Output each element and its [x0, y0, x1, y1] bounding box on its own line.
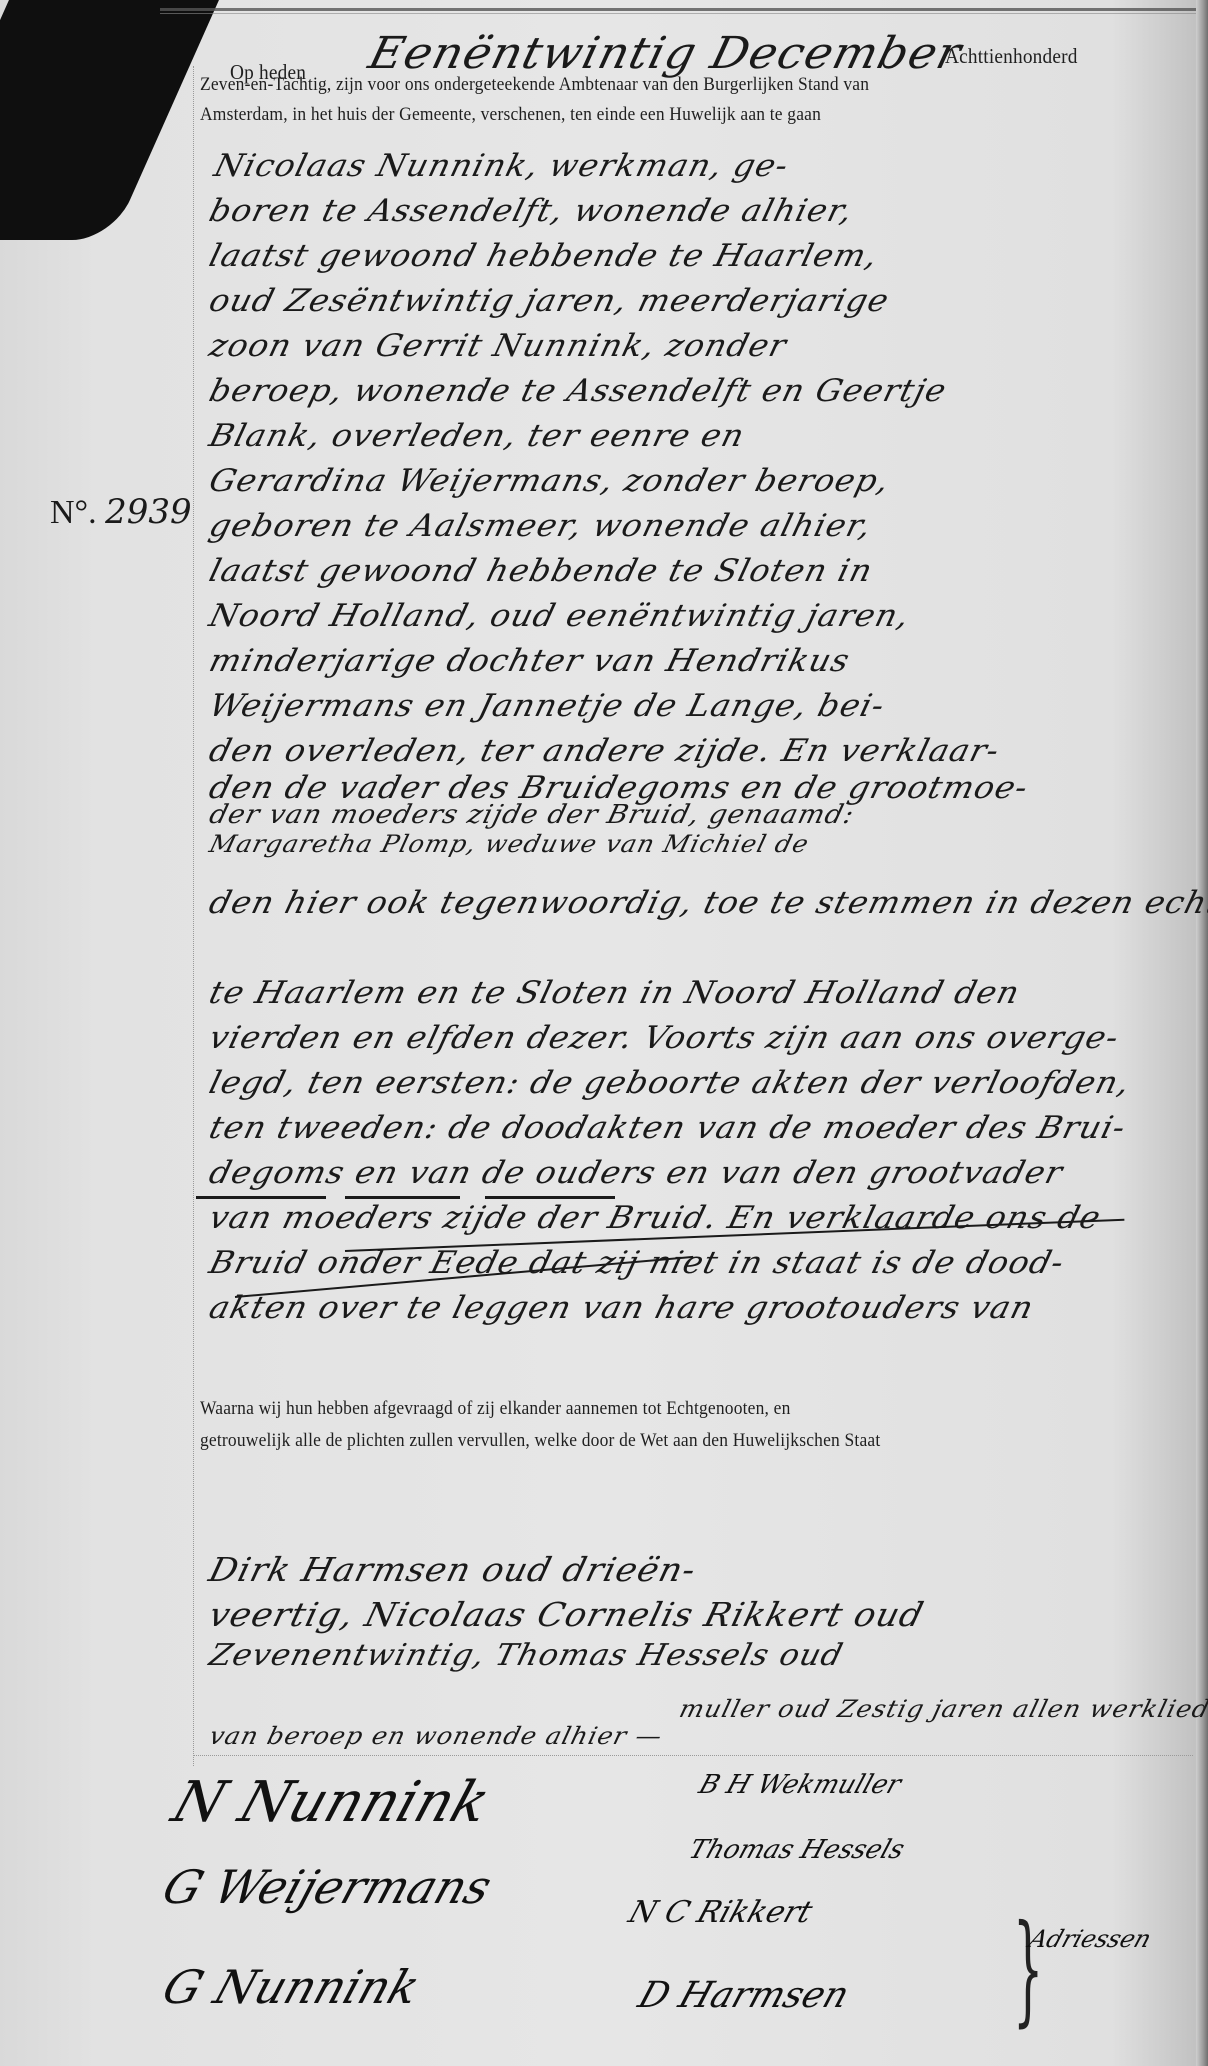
handwritten-line: Weijermans en Jannetje de Lange, bei-: [206, 688, 889, 724]
signature-brace: }: [1013, 1900, 1044, 2039]
handwritten-witness-line: Zevenentwintig, Thomas Hessels oud: [206, 1638, 847, 1673]
handwritten-witness-line: veertig, Nicolaas Cornelis Rikkert oud: [205, 1595, 928, 1634]
handwritten-line: geboren te Aalsmeer, wonende alhier,: [206, 508, 876, 544]
handwritten-line: boren te Assendelft, wonende alhier,: [206, 193, 857, 229]
handwritten-line: laatst gewoond hebbende te Sloten in: [206, 553, 877, 589]
signature-hessels: Thomas Hessels: [685, 1835, 908, 1865]
record-number: N°. 2939: [50, 492, 192, 532]
record-number-label: N°.: [50, 494, 97, 531]
handwritten-line: den overleden, ter andere zijde. En verk…: [206, 733, 1004, 769]
handwritten-line: Gerardina Weijermans, zonder beroep,: [206, 463, 894, 499]
handwritten-line: minderjarige dochter van Hendrikus: [206, 643, 854, 679]
handwritten-line: Margaretha Plomp, weduwe van Michiel de: [207, 830, 813, 858]
handwritten-witness-line: Dirk Harmsen oud drieën-: [205, 1550, 701, 1589]
handwritten-line: der van moeders zijde der Bruid, genaamd…: [206, 800, 858, 830]
handwritten-line: Bruid onder Eede dat zij niet in staat i…: [206, 1245, 1069, 1281]
name-underline: [485, 1196, 615, 1199]
handwritten-line: te Haarlem en te Sloten in Noord Holland…: [206, 975, 1024, 1011]
handwritten-line: zoon van Gerrit Nunnink, zonder: [206, 328, 791, 364]
signature-harmsen: D Harmsen: [633, 1975, 854, 2016]
handwritten-line: beroep, wonende te Assendelft en Geertje: [206, 373, 951, 409]
printed-line-2: Zeven-en-Tachtig, zijn voor ons onderget…: [200, 74, 869, 96]
signature-father: G Nunnink: [156, 1960, 426, 2014]
signature-wekmuller: B H Wekmuller: [695, 1770, 905, 1800]
handwritten-line: vierden en elfden dezer. Voorts zijn aan…: [206, 1020, 1124, 1056]
page-edge: [1196, 0, 1208, 2066]
handwritten-line: oud Zesëntwintig jaren, meerderjarige: [206, 283, 894, 319]
signature-groom: N Nunnink: [164, 1770, 497, 1835]
record-number-value: 2939: [105, 492, 192, 532]
handwritten-line: den hier ook tegenwoordig, toe te stemme…: [206, 885, 1208, 921]
printed-in-tegenwoordigheid: getrouwelijk alle de plichten zullen ver…: [200, 1430, 880, 1452]
signature-bride: G Weijermans: [156, 1860, 498, 1914]
handwritten-line: Blank, overleden, ter eenre en: [206, 418, 749, 454]
handwritten-exception: van beroep en wonende alhier —: [207, 1722, 666, 1750]
handwritten-line: legd, ten eersten: de geboorte akten der…: [206, 1065, 1135, 1101]
printed-achttienhonderd: Achttienhonderd: [945, 44, 1078, 69]
handwritten-line: akten over te leggen van hare grootouder…: [206, 1290, 1038, 1326]
handwritten-line: degoms en van de ouders en van den groot…: [206, 1155, 1067, 1191]
handwritten-line: Noord Holland, oud eenëntwintig jaren,: [206, 598, 914, 634]
handwritten-line: laatst gewoond hebbende te Haarlem,: [206, 238, 882, 274]
handwritten-date: Eenëntwintig December: [364, 28, 967, 79]
printed-line-3: Amsterdam, in het huis der Gemeente, ver…: [200, 104, 821, 126]
top-border-rule: [160, 8, 1200, 11]
signature-rikkert: N C Rikkert: [624, 1895, 816, 1930]
handwritten-line: Nicolaas Nunnink, werkman, ge-: [211, 148, 793, 184]
signature-divider-rule: [193, 1755, 1193, 1756]
handwritten-exception: muller oud Zestig jaren allen werklieden: [677, 1695, 1208, 1723]
handwritten-line: ten tweeden: de doodakten van de moeder …: [206, 1110, 1130, 1146]
signature-official: Adriessen: [1025, 1925, 1154, 1953]
handwritten-line: van moeders zijde der Bruid. En verklaar…: [206, 1200, 1105, 1236]
document-page: N°. 2939 Op heden Eenëntwintig December …: [0, 0, 1208, 2066]
name-underline: [196, 1196, 326, 1199]
left-margin-rule: [193, 66, 194, 1766]
name-underline: [345, 1196, 460, 1199]
top-border-rule-secondary: [160, 13, 1200, 14]
printed-paragraph-line: Waarna wij hun hebben afgevraagd of zij …: [200, 1398, 791, 1420]
